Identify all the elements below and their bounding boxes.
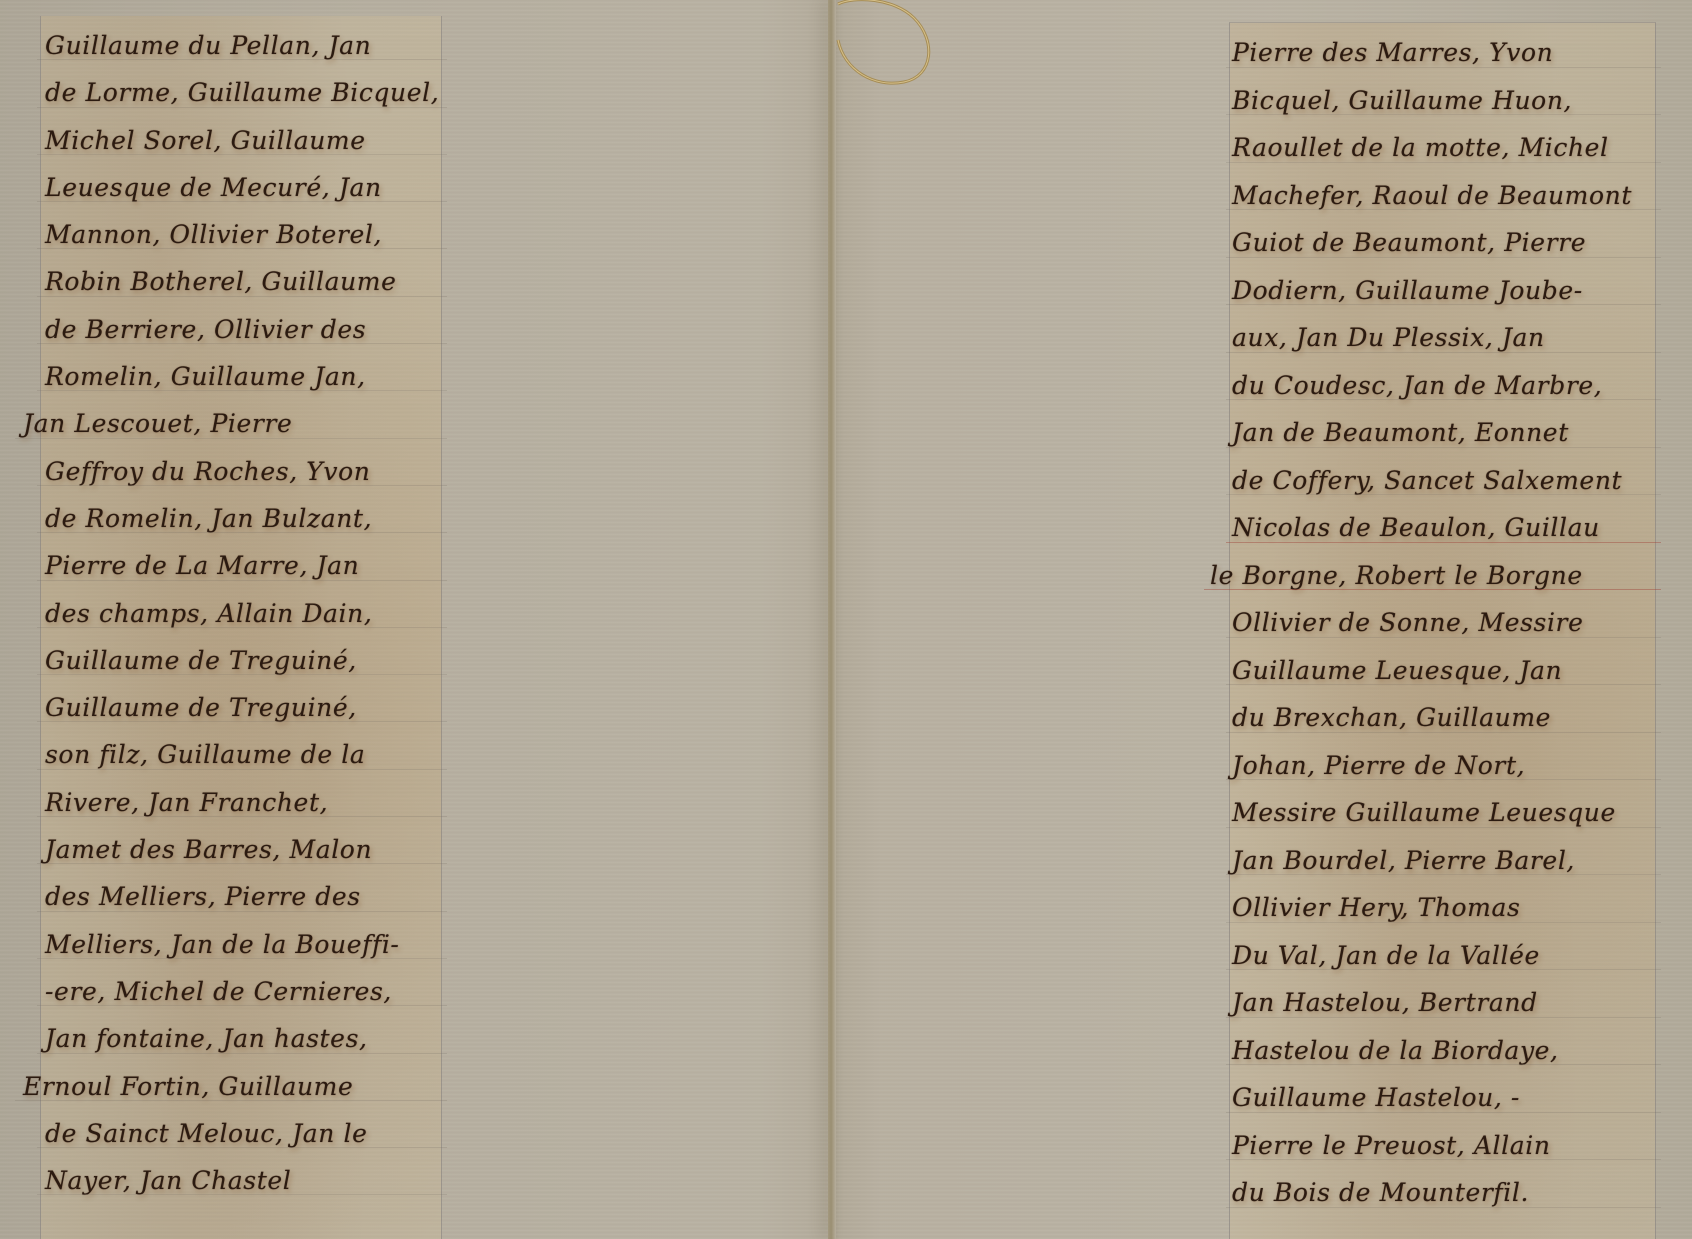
manuscript-line: Pierre le Preuost, Allain xyxy=(1230,1122,1655,1170)
manuscript-line: de Romelin, Jan Bulzant, xyxy=(41,495,441,542)
manuscript-line: Rivere, Jan Franchet, xyxy=(41,779,441,826)
manuscript-line: Guiot de Beaumont, Pierre xyxy=(1230,219,1655,267)
manuscript-line: de Lorme, Guillaume Bicquel, xyxy=(41,69,441,116)
manuscript-line: Du Val, Jan de la Vallée xyxy=(1230,932,1655,980)
manuscript-line: du Brexchan, Guillaume xyxy=(1230,694,1655,742)
book-gutter xyxy=(828,0,836,1239)
manuscript-line: Jan Hastelou, Bertrand xyxy=(1230,979,1655,1027)
left-page-column: Guillaume du Pellan, Jan de Lorme, Guill… xyxy=(40,16,442,1239)
manuscript-line: Guillaume de Treguiné, xyxy=(41,684,441,731)
manuscript-line: -ere, Michel de Cernieres, xyxy=(41,968,441,1015)
manuscript-line: Machefer, Raoul de Beaumont xyxy=(1230,172,1655,220)
manuscript-line: Romelin, Guillaume Jan, xyxy=(41,353,441,400)
manuscript-line: Guillaume du Pellan, Jan xyxy=(41,22,441,69)
manuscript-line: de Berriere, Ollivier des xyxy=(41,306,441,353)
manuscript-line: de Sainct Melouc, Jan le xyxy=(41,1110,441,1157)
manuscript-line: Ollivier Hery, Thomas xyxy=(1230,884,1655,932)
manuscript-line: des champs, Allain Dain, xyxy=(41,590,441,637)
manuscript-line: des Melliers, Pierre des xyxy=(41,873,441,920)
manuscript-line: Ollivier de Sonne, Messire xyxy=(1230,599,1655,647)
manuscript-line: Michel Sorel, Guillaume xyxy=(41,117,441,164)
right-page-column: Pierre des Marres, Yvon Bicquel, Guillau… xyxy=(1229,22,1656,1239)
manuscript-line: Nayer, Jan Chastel xyxy=(41,1157,441,1204)
manuscript-line: Hastelou de la Biordaye, xyxy=(1230,1027,1655,1075)
manuscript-spread: Guillaume du Pellan, Jan de Lorme, Guill… xyxy=(0,0,1692,1239)
manuscript-line: Jan Bourdel, Pierre Barel, xyxy=(1230,837,1655,885)
manuscript-line: Jan fontaine, Jan hastes, xyxy=(41,1015,441,1062)
manuscript-line: Robin Botherel, Guillaume xyxy=(41,258,441,305)
manuscript-line: Nicolas de Beaulon, Guillau xyxy=(1230,504,1655,552)
manuscript-line: Guillaume de Treguiné, xyxy=(41,637,441,684)
manuscript-line: du Coudesc, Jan de Marbre, xyxy=(1230,362,1655,410)
manuscript-line: du Bois de Mounterfil. xyxy=(1230,1169,1655,1217)
manuscript-line: Geffroy du Roches, Yvon xyxy=(41,448,441,495)
manuscript-line: Pierre de La Marre, Jan xyxy=(41,542,441,589)
manuscript-line: Raoullet de la motte, Michel xyxy=(1230,124,1655,172)
manuscript-line: son filz, Guillaume de la xyxy=(41,731,441,778)
manuscript-line: Pierre des Marres, Yvon xyxy=(1230,29,1655,77)
manuscript-line: Dodiern, Guillaume Joube- xyxy=(1230,267,1655,315)
manuscript-line: Leuesque de Mecuré, Jan xyxy=(41,164,441,211)
manuscript-line: Mannon, Ollivier Boterel, xyxy=(41,211,441,258)
manuscript-line: Melliers, Jan de la Boueffi- xyxy=(41,921,441,968)
manuscript-line: de Coffery, Sancet Salxement xyxy=(1230,457,1655,505)
manuscript-line: Jan de Beaumont, Eonnet xyxy=(1230,409,1655,457)
manuscript-line: Jamet des Barres, Malon xyxy=(41,826,441,873)
manuscript-line: Guillaume Hastelou, - xyxy=(1230,1074,1655,1122)
manuscript-line: Johan, Pierre de Nort, xyxy=(1230,742,1655,790)
manuscript-line: Jan Lescouet, Pierre xyxy=(19,400,441,447)
manuscript-line: Bicquel, Guillaume Huon, xyxy=(1230,77,1655,125)
manuscript-line: aux, Jan Du Plessix, Jan xyxy=(1230,314,1655,362)
manuscript-line: le Borgne, Robert le Borgne xyxy=(1208,552,1655,600)
manuscript-line: Messire Guillaume Leuesque xyxy=(1230,789,1655,837)
manuscript-line: Guillaume Leuesque, Jan xyxy=(1230,647,1655,695)
binding-string-icon xyxy=(834,0,934,90)
manuscript-line: Ernoul Fortin, Guillaume xyxy=(19,1063,441,1110)
